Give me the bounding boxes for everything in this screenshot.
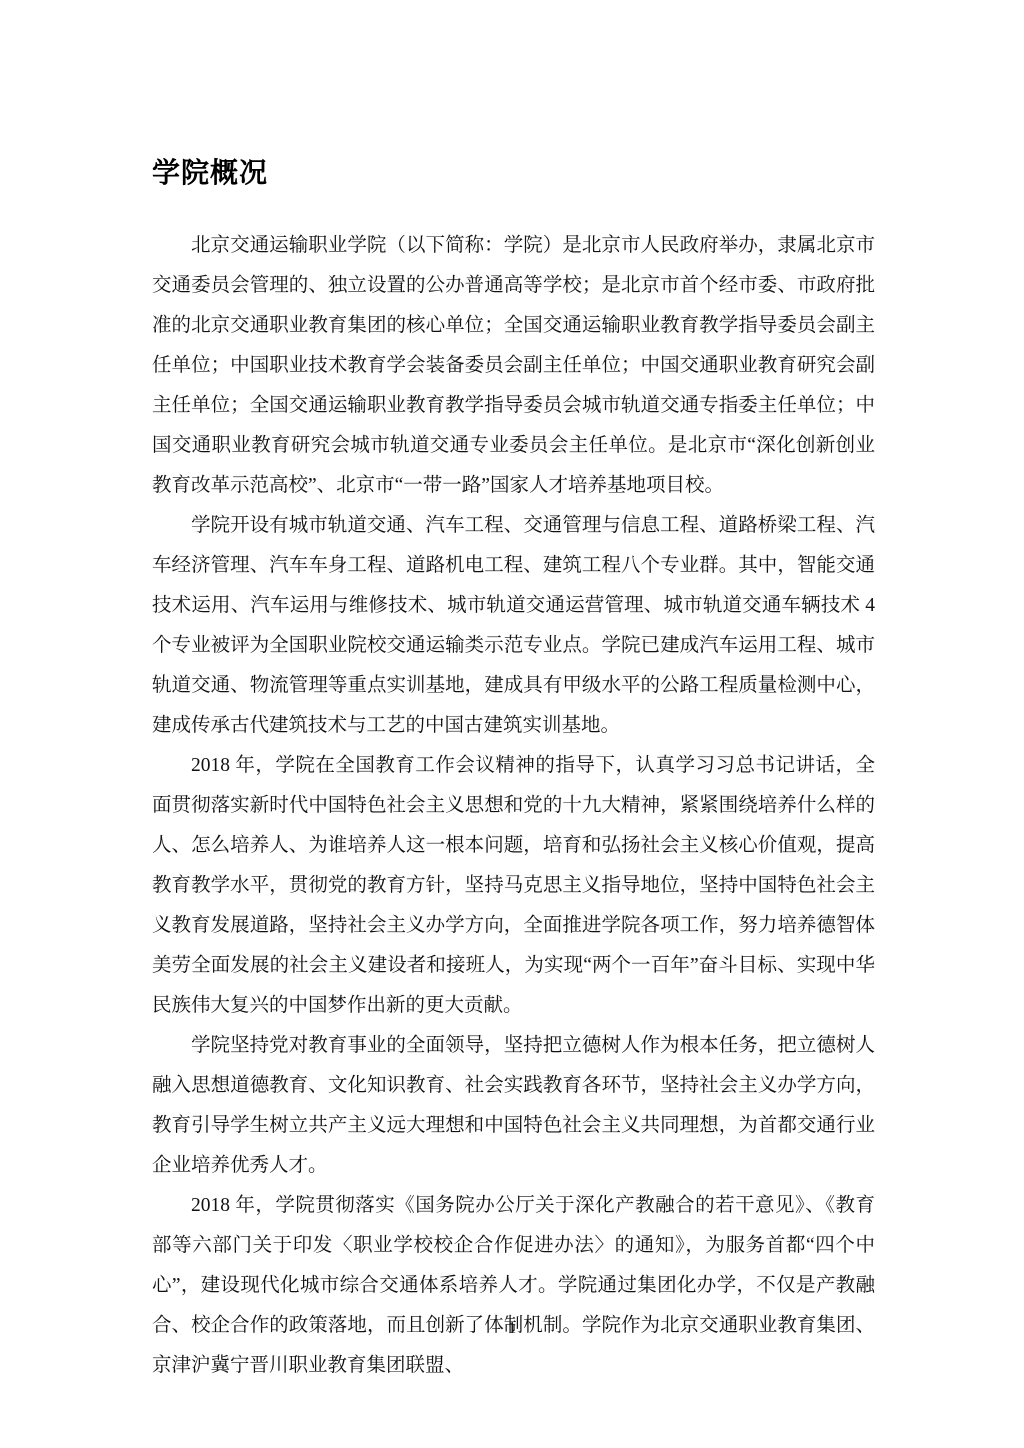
paragraph-majors: 学院开设有城市轨道交通、汽车工程、交通管理与信息工程、道路桥梁工程、汽车经济管理… [152, 506, 875, 746]
document-body: 北京交通运输职业学院（以下简称：学院）是北京市人民政府举办，隶属北京市交通委员会… [152, 226, 875, 1386]
paragraph-party-leadership: 学院坚持党对教育事业的全面领导，坚持把立德树人作为根本任务，把立德树人融入思想道… [152, 1026, 875, 1186]
page-title: 学院概况 [152, 155, 875, 191]
document-page: 学院概况 北京交通运输职业学院（以下简称：学院）是北京市人民政府举办，隶属北京市… [0, 0, 1024, 1448]
paragraph-2018-education-conference: 2018 年，学院在全国教育工作会议精神的指导下，认真学习习总书记讲话，全面贯彻… [152, 746, 875, 1026]
paragraph-overview: 北京交通运输职业学院（以下简称：学院）是北京市人民政府举办，隶属北京市交通委员会… [152, 226, 875, 506]
paragraph-2018-policy: 2018 年，学院贯彻落实《国务院办公厅关于深化产教融合的若干意见》、《教育部等… [152, 1186, 875, 1386]
page-number-footer: 1 [0, 1318, 1024, 1338]
